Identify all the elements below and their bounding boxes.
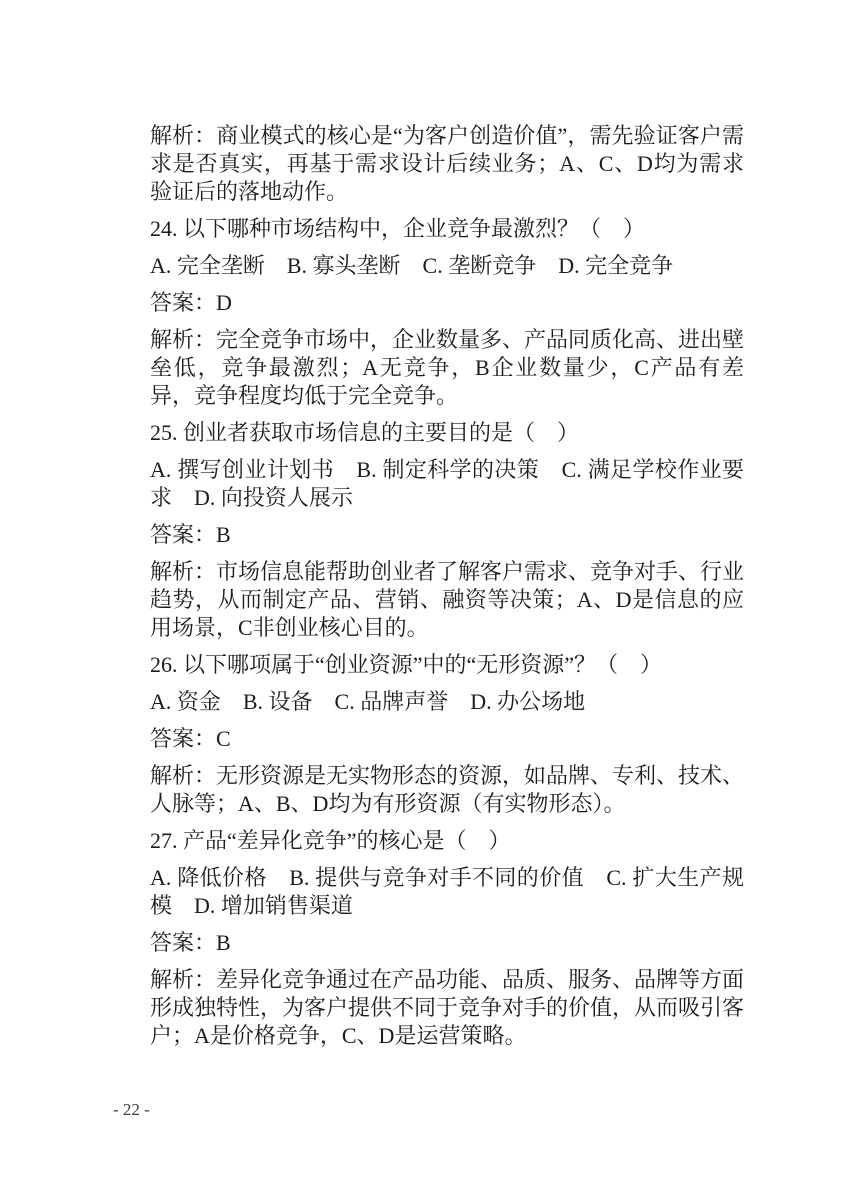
- question-25-options: A. 撰写创业计划书 B. 制定科学的决策 C. 满足学校作业要求 D. 向投资…: [150, 456, 744, 512]
- scanned-document-page: 解析：商业模式的核心是“为客户创造价值”，需先验证客户需求是否真实，再基于需求设…: [0, 0, 848, 1200]
- page-number: - 22 -: [113, 1100, 150, 1120]
- question-25-explanation: 解析：市场信息能帮助创业者了解客户需求、竞争对手、行业趋势，从而制定产品、营销、…: [150, 558, 744, 642]
- question-26-explanation: 解析：无形资源是无实物形态的资源，如品牌、专利、技术、人脉等；A、B、D均为有形…: [150, 762, 744, 818]
- question-27-explanation: 解析：差异化竞争通过在产品功能、品质、服务、品牌等方面形成独特性，为客户提供不同…: [150, 966, 744, 1050]
- question-25: 25. 创业者获取市场信息的主要目的是（ ）: [150, 419, 744, 447]
- question-24-answer: 答案：D: [150, 289, 744, 317]
- question-24: 24. 以下哪种市场结构中，企业竞争最激烈？（ ）: [150, 215, 744, 243]
- explanation-paragraph-q23: 解析：商业模式的核心是“为客户创造价值”，需先验证客户需求是否真实，再基于需求设…: [150, 122, 744, 206]
- question-26-answer: 答案：C: [150, 725, 744, 753]
- question-25-answer: 答案：B: [150, 521, 744, 549]
- question-27-options: A. 降低价格 B. 提供与竞争对手不同的价值 C. 扩大生产规模 D. 增加销…: [150, 864, 744, 920]
- question-24-explanation: 解析：完全竞争市场中，企业数量多、产品同质化高、进出壁垒低，竞争最激烈；A无竞争…: [150, 326, 744, 410]
- document-content: 解析：商业模式的核心是“为客户创造价值”，需先验证客户需求是否真实，再基于需求设…: [150, 122, 744, 1050]
- question-27-answer: 答案：B: [150, 929, 744, 957]
- question-24-options: A. 完全垄断 B. 寡头垄断 C. 垄断竞争 D. 完全竞争: [150, 252, 744, 280]
- question-27: 27. 产品“差异化竞争”的核心是（ ）: [150, 827, 744, 855]
- question-26-options: A. 资金 B. 设备 C. 品牌声誉 D. 办公场地: [150, 688, 744, 716]
- question-26: 26. 以下哪项属于“创业资源”中的“无形资源”？（ ）: [150, 651, 744, 679]
